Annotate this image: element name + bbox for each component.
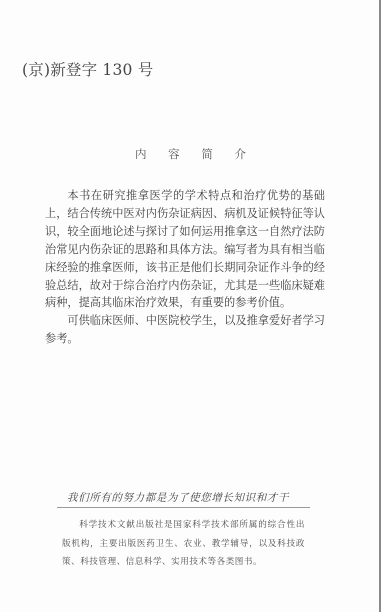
summary-paragraph: 可供临床医师、中医院校学生，以及推拿爱好者学习参考。	[45, 312, 325, 348]
divider-line	[57, 507, 310, 508]
section-title: 内 容 简 介	[0, 146, 381, 162]
registration-number: (京)新登字 130 号	[22, 58, 153, 80]
publisher-description: 科学技术文献出版社是国家科学技术部所属的综合性出版机构，主要出版医药卫生、农业、…	[62, 516, 305, 572]
summary-paragraph: 本书在研究推拿医学的学术特点和治疗优势的基础上，结合传统中医对内伤杂证病因、病机…	[45, 187, 325, 312]
content-summary: 本书在研究推拿医学的学术特点和治疗优势的基础上，结合传统中医对内伤杂证病因、病机…	[45, 187, 325, 348]
publisher-slogan: 我们所有的努力都是为了使您增长知识和才干	[67, 490, 289, 505]
publisher-info: 科学技术文献出版社是国家科学技术部所属的综合性出版机构，主要出版医药卫生、农业、…	[62, 516, 305, 572]
